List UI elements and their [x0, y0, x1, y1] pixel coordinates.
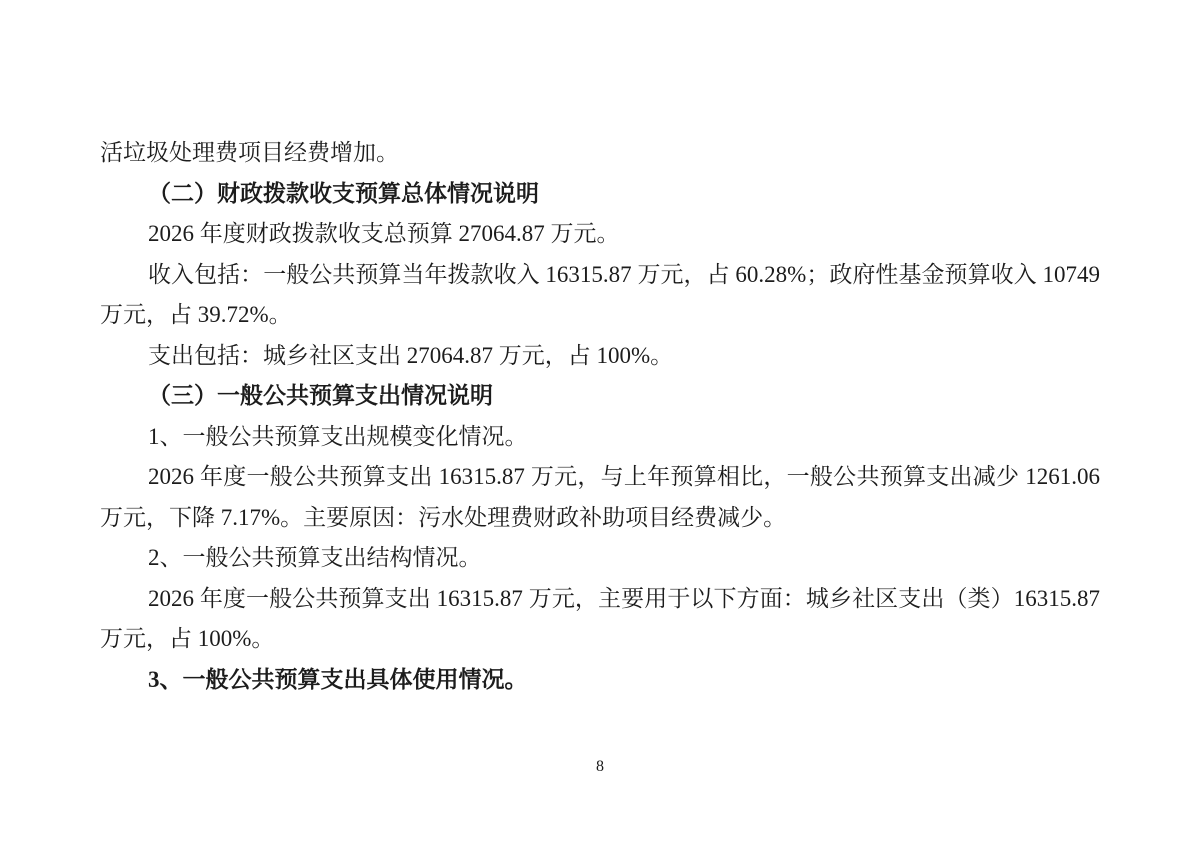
text-line: 1、一般公共预算支出规模变化情况。 — [100, 417, 1100, 458]
document-body: 活垃圾处理费项目经费增加。（二）财政拨款收支预算总体情况说明2026 年度财政拨… — [100, 133, 1100, 700]
section-heading: （二）财政拨款收支预算总体情况说明 — [100, 174, 1100, 215]
text-line: 万元，占 39.72%。 — [100, 295, 1100, 336]
text-line: 活垃圾处理费项目经费增加。 — [100, 133, 1100, 174]
text-line: 万元，下降 7.17%。主要原因：污水处理费财政补助项目经费减少。 — [100, 498, 1100, 539]
document-page: 活垃圾处理费项目经费增加。（二）财政拨款收支预算总体情况说明2026 年度财政拨… — [0, 0, 1200, 848]
text-line: 万元，占 100%。 — [100, 619, 1100, 660]
section-heading: （三）一般公共预算支出情况说明 — [100, 376, 1100, 417]
text-line: 收入包括：一般公共预算当年拨款收入 16315.87 万元，占 60.28%；政… — [100, 255, 1100, 296]
text-line: 2026 年度财政拨款收支总预算 27064.87 万元。 — [100, 214, 1100, 255]
text-line: 2026 年度一般公共预算支出 16315.87 万元，主要用于以下方面：城乡社… — [100, 579, 1100, 620]
page-number: 8 — [0, 757, 1200, 777]
text-line: 支出包括：城乡社区支出 27064.87 万元，占 100%。 — [100, 336, 1100, 377]
text-line: 2026 年度一般公共预算支出 16315.87 万元，与上年预算相比，一般公共… — [100, 457, 1100, 498]
section-heading: 3、一般公共预算支出具体使用情况。 — [100, 660, 1100, 701]
text-line: 2、一般公共预算支出结构情况。 — [100, 538, 1100, 579]
